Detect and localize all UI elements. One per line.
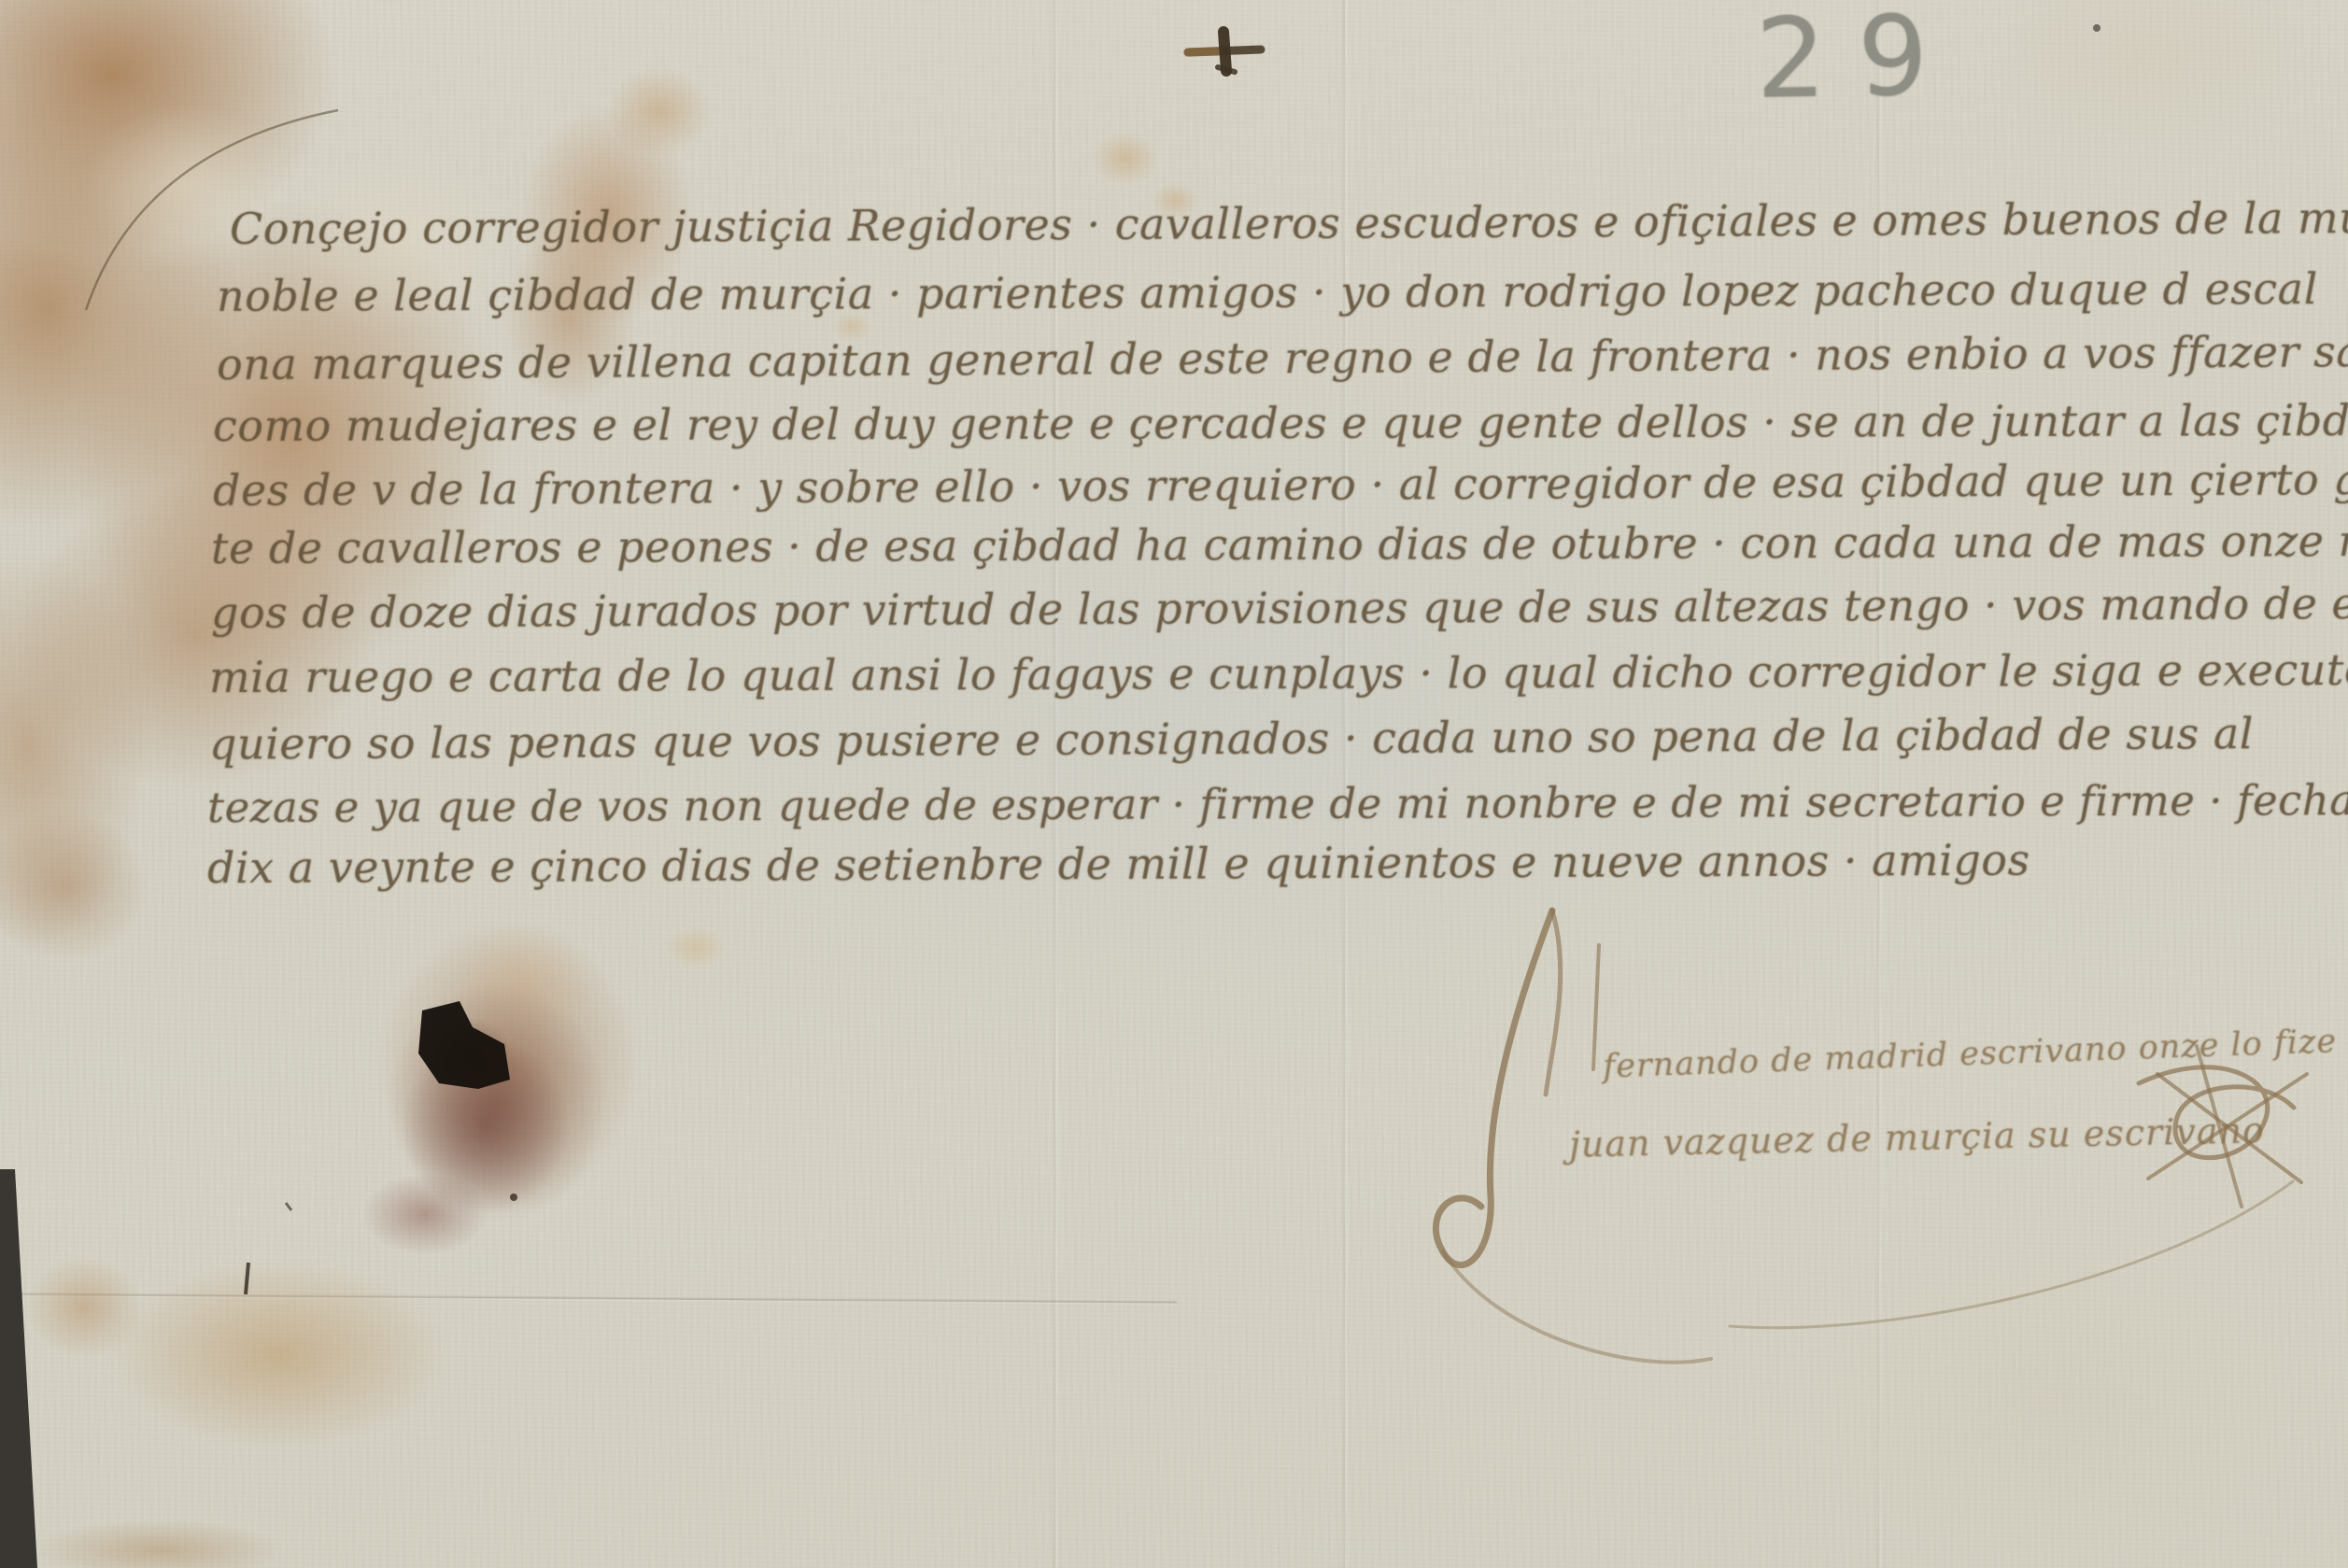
ink-marks-overlay	[0, 0, 2348, 1568]
scanned-manuscript-page: 29 Conçejo corregidor justiçia Regidores…	[0, 0, 2348, 1568]
signature-rubric	[1730, 1046, 2307, 1328]
signature-flourish	[1436, 911, 1711, 1363]
wax-seal-blob	[418, 1001, 517, 1201]
cross-mark-icon	[1188, 32, 1261, 72]
pen-arc-stroke	[86, 110, 338, 310]
scan-edge	[0, 1169, 37, 1568]
ink-tick-marks	[246, 24, 2100, 1294]
